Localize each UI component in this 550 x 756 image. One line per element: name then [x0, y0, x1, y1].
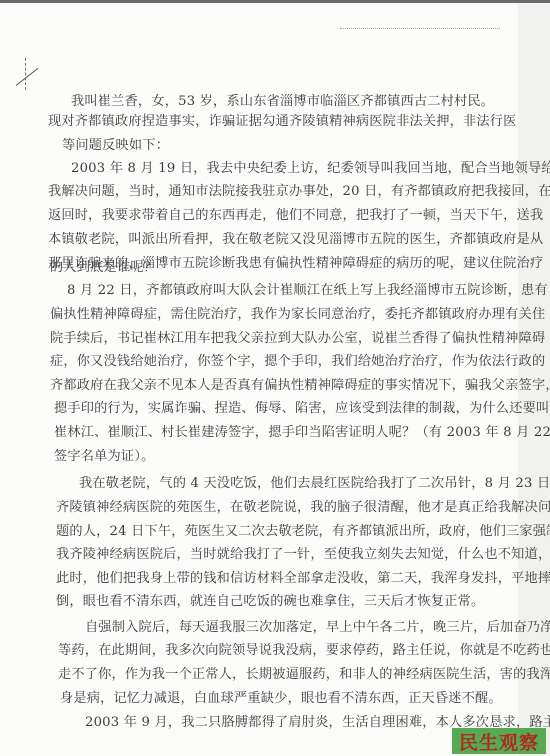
text-line: 自强制入院后，每天逼我服三次加落定，早上中午各二片，晚三片，后加奋乃净: [85, 620, 550, 636]
watermark-badge: 民生观察: [452, 728, 546, 754]
text-line: 等问题反映如下：: [62, 138, 169, 154]
text-line: 现对齐都镇政府捏造事实，诈骗证据勾通齐陵镇精神病医院非法关押，非法行医: [48, 114, 517, 130]
text-line: 的人到底是谁呢？: [50, 260, 157, 276]
text-line: 2003 年 8 月 19 日，我去中央纪委上访，纪委领导叫我回当地，配合当地领…: [71, 161, 550, 177]
text-line: 我齐陵神经病医院后，当时就给我打了一针，至使我立刻失去知觉，什么也不知道，: [56, 547, 550, 563]
text-line: 题的人，24 日下午，苑医生又二次去敬老院，有齐都镇派出所，政府，他们三家强制: [56, 524, 550, 540]
text-line: 我解决问题，当时，通知市法院接我驻京办事处，20 日，有齐都镇政府把我接回，在: [48, 184, 550, 200]
text-line: 崔林江、崔顺江、村长崔建涛签字，摁手印当陷害证明人呢？（有 2003 年 8 月…: [54, 425, 550, 441]
text-line: 我叫崔兰香，女，53 岁，系山东省淄博市临淄区齐都镇西古二村村民。: [71, 94, 494, 110]
watermark-text: 民生观察: [459, 728, 539, 755]
text-line: 我在敬老院，气的 4 天没吃饭，他们去晨红医院给我打了二次吊针，8 月 23 日…: [79, 476, 550, 492]
text-line: 摁手印的行为，实属诈骗、捏造、侮辱、陷害，应该受到法律的制裁，为什么还要叫: [54, 401, 549, 417]
text-line: 偏执性精神障碍症，需住院治疗，我作为家长同意治疗，委托齐都镇政府办理有关住: [50, 307, 545, 323]
text-line: 本镇敬老院，叫派出所看押，我在敬老院又没见淄博市五院的医生，齐都镇政府是从: [48, 232, 543, 248]
text-line: 此时，他们把我身上带的钱和信访材料全部拿走没收，第二天，我浑身发抖，平地摔: [56, 571, 550, 587]
text-line: 倒，眼也看不清东西，就连自己吃饭的碗也难拿住，三天后才恢复正常。: [56, 594, 484, 610]
text-line: 院手续后，书记崔林江用车把我父亲拉到大队办公室，说崔兰香得了偏执性精神障碍: [50, 331, 545, 347]
text-line: 症，你又没钱给她治疗，你签个字，摁个手印，我们给她治疗治疗，作为依法行政的: [50, 354, 545, 370]
text-line: 身是病，记忆力减退，白血球严重缺少，眼也看不清东西，正天昏迷不醒。: [60, 691, 502, 707]
text-line: 8 月 22 日，齐都镇政府叫大队会计崔顺江在纸上写上我经淄博市五院诊断，患有: [67, 283, 548, 299]
text-line: 齐都政府在我父亲不见本人是否真有偏执性精神障碍症的事实情况下，骗我父亲签字，: [50, 378, 550, 394]
text-line: 等药，在此期间，我多次向院领导说我没病，要求停药，路主任说，你就是不吃药也: [58, 643, 550, 659]
text-line: 返回时，我要求带着自己的东西再走，他们不同意，把我打了一顿，当天下午，送我: [48, 208, 543, 224]
text-line: 签字名单为证）。: [54, 449, 155, 465]
scan-noise: [340, 28, 500, 30]
scan-mark-vertical: [25, 58, 26, 90]
text-line: 走不了你，作为我一个正常人，长期被逼服药，和非人的神经病医院生活，害的我浑: [58, 667, 550, 683]
text-line: 齐陵镇神经病医院的苑医生，在敬老院说，我的脑子很清醒，他才是真正给我解决问: [56, 500, 550, 516]
